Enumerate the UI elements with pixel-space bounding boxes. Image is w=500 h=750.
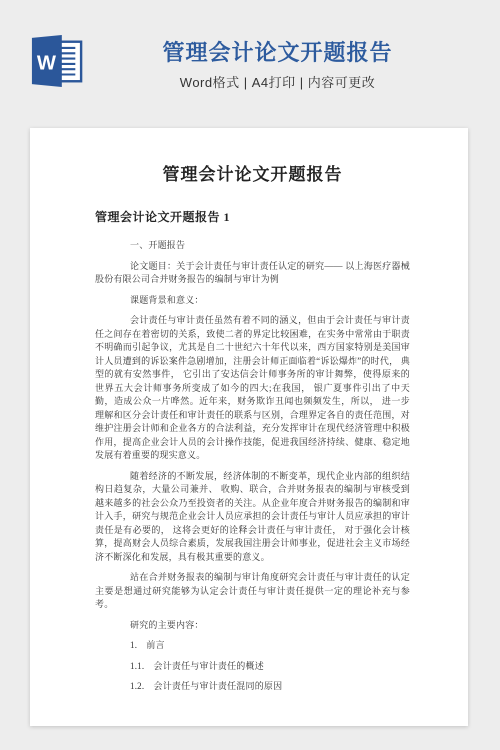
document-page: 管理会计论文开题报告 管理会计论文开题报告 1 一、开题报告 论文题目：关于会计…: [30, 128, 468, 726]
doc-paragraph: 1. 前言: [95, 639, 410, 653]
page-title: 管理会计论文开题报告: [55, 40, 500, 66]
doc-paragraph: 1.2. 会计责任与审计责任混同的原因: [95, 680, 410, 694]
header: W 管理会计论文开题报告 Word格式 | A4打印 | 内容可更改: [0, 0, 500, 125]
doc-title: 管理会计论文开题报告: [95, 163, 410, 187]
doc-paragraph: 站在合并财务报表的编制与审计角度研究会计责任与审计责任的认定主要是想通过研究能够…: [95, 571, 410, 612]
doc-paragraph: 研究的主要内容：: [95, 619, 410, 633]
doc-paragraph: 论文题目：关于会计责任与审计责任认定的研究—— 以上海医疗器械股份有限公司合并财…: [95, 260, 410, 287]
doc-paragraph: 课题背景和意义：: [95, 294, 410, 308]
page-subtitle: Word格式 | A4打印 | 内容可更改: [55, 72, 500, 91]
doc-paragraph: 随着经济的不断发展，经济体制的不断变革，现代企业内部的组织结构日趋复杂，大量公司…: [95, 470, 410, 565]
doc-paragraph: 会计责任与审计责任虽然有着不同的涵义，但由于会计责任与审计责任之间存在着密切的关…: [95, 314, 410, 463]
doc-heading: 管理会计论文开题报告 1: [95, 209, 410, 226]
doc-paragraph: 一、开题报告: [95, 239, 410, 253]
svg-text:W: W: [37, 53, 57, 75]
doc-paragraph: 1.1. 会计责任与审计责任的概述: [95, 660, 410, 674]
